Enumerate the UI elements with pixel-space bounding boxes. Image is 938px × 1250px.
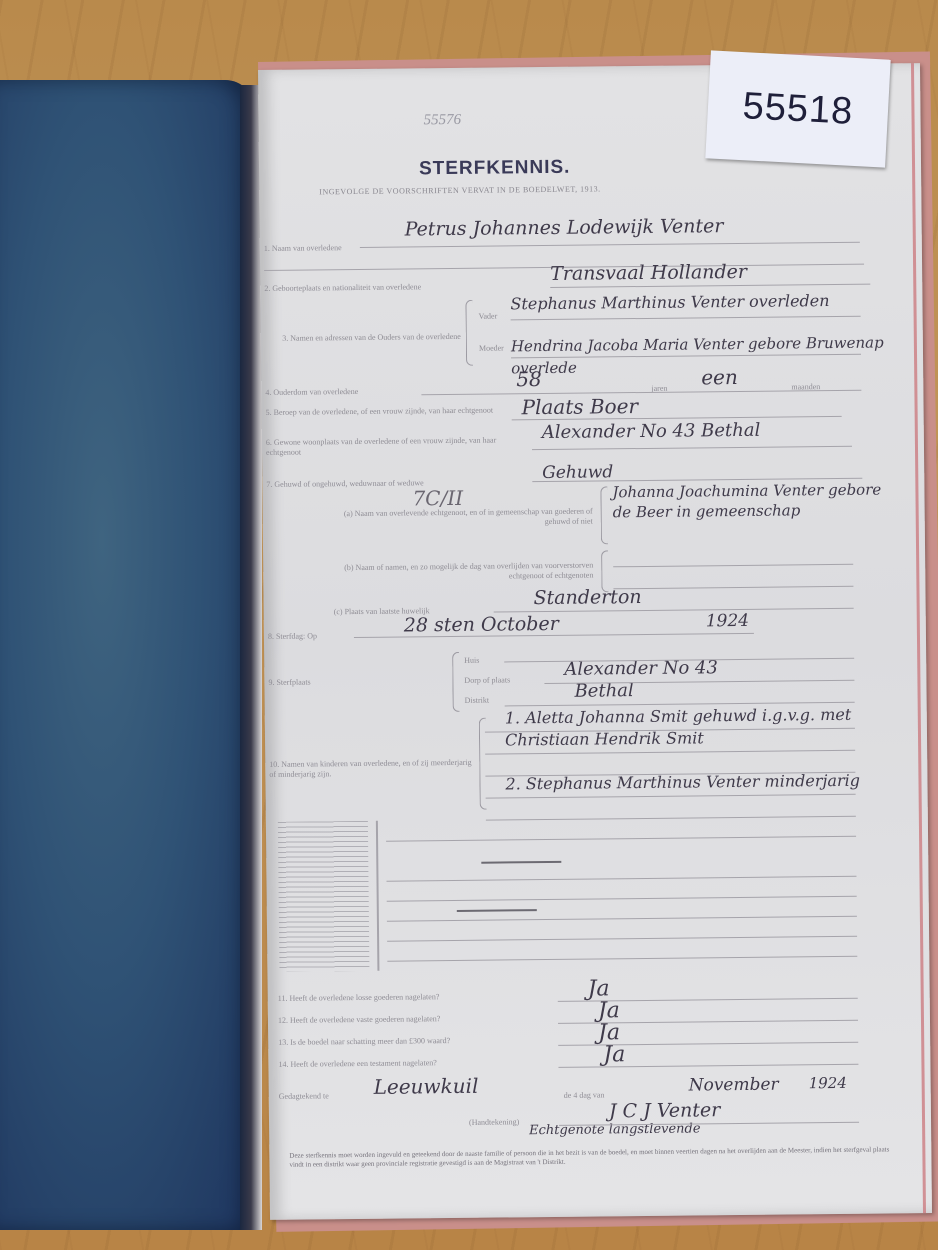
label-death-place: 9. Sterfplaats bbox=[268, 677, 310, 687]
value-name: Petrus Johannes Lodewijk Venter bbox=[405, 215, 724, 240]
value-spouse: Johanna Joachumina Venter gebore de Beer… bbox=[612, 479, 882, 522]
label-q-will: 14. Heeft de overledene een testament na… bbox=[278, 1058, 436, 1070]
label-district: Distrikt bbox=[465, 696, 490, 706]
rule bbox=[486, 816, 856, 821]
label-children: 10. Namen van kinderen van overledene, e… bbox=[269, 758, 474, 780]
label-death-date: 8. Sterfdag: Op bbox=[268, 631, 317, 642]
label-q-movable: 11. Heeft de overledene losse goederen n… bbox=[278, 992, 440, 1004]
book-cover bbox=[0, 80, 255, 1230]
label-residence: 6. Gewone woonplaats van de overledene o… bbox=[266, 435, 506, 458]
margin-annotation: 7C/II bbox=[412, 486, 463, 511]
label-mother: Moeder bbox=[479, 343, 504, 353]
rule bbox=[360, 242, 860, 248]
label-parents: 3. Namen en adressen van de Ouders van d… bbox=[271, 332, 461, 344]
label-signature: (Handtekening) bbox=[469, 1117, 519, 1128]
rule bbox=[387, 956, 857, 962]
value-age-months: een bbox=[701, 365, 738, 389]
rule bbox=[532, 446, 852, 450]
value-death-date: 28 sten October bbox=[404, 613, 559, 637]
value-occupation: Plaats Boer bbox=[521, 394, 638, 419]
value-signed-year: 1924 bbox=[809, 1074, 847, 1092]
label-signed-day: de 4 dag van bbox=[564, 1090, 605, 1100]
label-town: Dorp of plaats bbox=[464, 675, 510, 685]
document-subtitle: INGEVOLGE DE VOORSCHRIFTEN VERVAT IN DE … bbox=[319, 184, 600, 196]
label-q-value: 13. Is de boedel naar schatting meer dan… bbox=[278, 1036, 450, 1048]
stamp-number: 55576 bbox=[423, 112, 461, 129]
archive-number: 55518 bbox=[742, 85, 855, 134]
document-title: STERFKENNIS. bbox=[419, 157, 571, 181]
label-birthplace: 2. Geboorteplaats en nationaliteit van o… bbox=[264, 282, 421, 294]
brace bbox=[600, 486, 608, 544]
value-signed-place: Leeuwkuil bbox=[374, 1074, 479, 1099]
vertical-rule bbox=[376, 821, 380, 971]
rule bbox=[613, 564, 853, 568]
label-name: 1. Naam van overledene bbox=[264, 243, 342, 254]
label-age: 4. Ouderdom van overledene bbox=[265, 387, 358, 398]
ink-dash bbox=[481, 861, 561, 864]
rule bbox=[511, 316, 861, 321]
label-house: Huis bbox=[464, 656, 479, 666]
brace bbox=[465, 300, 473, 366]
label-spouse: (a) Naam van overlevende echtgenoot, en … bbox=[333, 507, 593, 530]
value-age-years: 58 bbox=[516, 367, 542, 391]
archive-number-tag: 55518 bbox=[705, 50, 890, 167]
rule bbox=[613, 586, 853, 590]
label-previous-spouse: (b) Naam of namen, en zo mogelijk de dag… bbox=[333, 561, 593, 584]
footnote: Deze sterfkennis moet worden ingevuld en… bbox=[289, 1145, 889, 1169]
label-father: Vader bbox=[479, 312, 498, 322]
book-spine bbox=[240, 85, 262, 1230]
rule bbox=[387, 916, 857, 922]
rule bbox=[386, 836, 856, 842]
value-birthplace: Transvaal Hollander bbox=[550, 261, 747, 285]
value-residence: Alexander No 43 Bethal bbox=[542, 420, 872, 443]
death-notice-page: 55576 STERFKENNIS. INGEVOLGE DE VOORSCHR… bbox=[258, 63, 932, 1220]
ink-dash bbox=[457, 909, 537, 912]
brace bbox=[452, 652, 460, 712]
rule bbox=[387, 896, 857, 902]
value-signature: J C J Venter bbox=[609, 1099, 721, 1122]
label-marital: 7. Gehuwd of ongehuwd, weduwnaar of wedu… bbox=[266, 478, 423, 490]
label-q-immovable: 12. Heeft de overledene vaste goederen n… bbox=[278, 1014, 440, 1026]
value-death-year: 1924 bbox=[706, 611, 749, 631]
value-q-will: Ja bbox=[603, 1042, 625, 1067]
label-signed-at: Gedagtekend te bbox=[279, 1091, 329, 1102]
rule bbox=[387, 936, 857, 942]
value-father: Stephanus Marthinus Venter overleden bbox=[510, 289, 880, 315]
value-marriage-place: Standerton bbox=[533, 586, 641, 609]
value-signed-month: November bbox=[689, 1075, 779, 1096]
rule bbox=[386, 876, 856, 882]
label-occupation: 5. Beroep van de overledene, of een vrou… bbox=[266, 405, 506, 418]
fine-print-block bbox=[278, 821, 370, 972]
rule bbox=[421, 390, 861, 396]
